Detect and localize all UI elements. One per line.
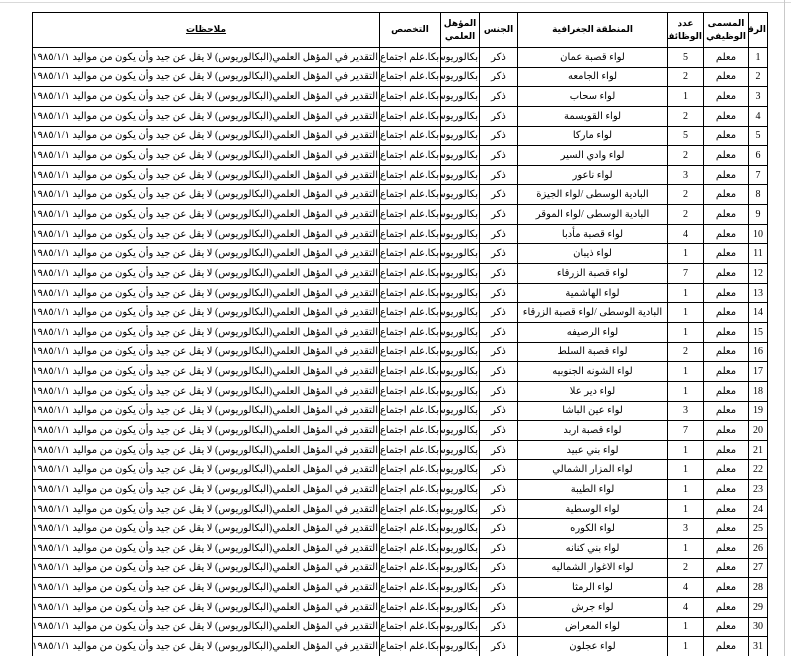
header-vacancy-count: عدد الوظائف: [668, 13, 704, 48]
cell-notes: التقدير في المؤهل العلمي(البكالوريوس) لا…: [33, 146, 380, 166]
cell-vacancy-count: 3: [668, 165, 704, 185]
header-qualification: المؤهل العلمي: [441, 13, 480, 48]
cell-vacancy-count: 1: [668, 244, 704, 264]
cell-row-number: 28: [749, 578, 768, 598]
cell-row-number: 11: [749, 244, 768, 264]
cell-job-title: معلم: [704, 597, 749, 617]
cell-gender: ذكر: [480, 165, 518, 185]
cell-job-title: معلم: [704, 362, 749, 382]
cell-notes: التقدير في المؤهل العلمي(البكالوريوس) لا…: [33, 106, 380, 126]
table-row: 27معلم2لواء الاغوار الشماليهذكربكالوريوس…: [33, 558, 768, 578]
cell-vacancy-count: 2: [668, 146, 704, 166]
table-row: 14معلم1البادية الوسطى /لواء قصبة الزرقاء…: [33, 303, 768, 323]
cell-specialization: بكا.علم اجتماع: [380, 381, 441, 401]
cell-vacancy-count: 3: [668, 519, 704, 539]
cell-specialization: بكا.علم اجتماع: [380, 205, 441, 225]
cell-region: لواء قصبة اربد: [518, 421, 668, 441]
cell-region: لواء بني عبيد: [518, 440, 668, 460]
table-row: 22معلم1لواء المزار الشماليذكربكالوريوسبك…: [33, 460, 768, 480]
cell-specialization: بكا.علم اجتماع: [380, 322, 441, 342]
cell-row-number: 9: [749, 205, 768, 225]
cell-notes: التقدير في المؤهل العلمي(البكالوريوس) لا…: [33, 244, 380, 264]
cell-region: لواء الرصيفه: [518, 322, 668, 342]
cell-row-number: 22: [749, 460, 768, 480]
cell-notes: التقدير في المؤهل العلمي(البكالوريوس) لا…: [33, 342, 380, 362]
cell-gender: ذكر: [480, 539, 518, 559]
cell-qualification: بكالوريوس: [441, 480, 480, 500]
table-row: 9معلم2البادية الوسطى /لواء الموقرذكربكال…: [33, 205, 768, 225]
cell-qualification: بكالوريوس: [441, 558, 480, 578]
cell-gender: ذكر: [480, 578, 518, 598]
cell-qualification: بكالوريوس: [441, 617, 480, 637]
table-row: 2معلم2لواء الجامعهذكربكالوريوسبكا.علم اج…: [33, 67, 768, 87]
cell-job-title: معلم: [704, 185, 749, 205]
table-row: 25معلم3لواء الكورهذكربكالوريوسبكا.علم اج…: [33, 519, 768, 539]
cell-specialization: بكا.علم اجتماع: [380, 362, 441, 382]
cell-job-title: معلم: [704, 558, 749, 578]
cell-row-number: 20: [749, 421, 768, 441]
cell-vacancy-count: 7: [668, 264, 704, 284]
cell-row-number: 23: [749, 480, 768, 500]
cell-specialization: بكا.علم اجتماع: [380, 519, 441, 539]
cell-qualification: بكالوريوس: [441, 146, 480, 166]
cell-job-title: معلم: [704, 283, 749, 303]
cell-job-title: معلم: [704, 205, 749, 225]
cell-gender: ذكر: [480, 205, 518, 225]
cell-gender: ذكر: [480, 126, 518, 146]
cell-job-title: معلم: [704, 460, 749, 480]
cell-gender: ذكر: [480, 597, 518, 617]
vacancies-table: الرقم المسمى الوظيفي عدد الوظائف المنطقة…: [32, 12, 768, 656]
cell-vacancy-count: 3: [668, 401, 704, 421]
cell-qualification: بكالوريوس: [441, 460, 480, 480]
cell-notes: التقدير في المؤهل العلمي(البكالوريوس) لا…: [33, 264, 380, 284]
cell-vacancy-count: 1: [668, 480, 704, 500]
cell-region: لواء الطيبة: [518, 480, 668, 500]
table-row: 29معلم4لواء جرشذكربكالوريوسبكا.علم اجتما…: [33, 597, 768, 617]
cell-row-number: 1: [749, 48, 768, 68]
cell-job-title: معلم: [704, 519, 749, 539]
cell-row-number: 10: [749, 224, 768, 244]
cell-job-title: معلم: [704, 421, 749, 441]
cell-region: لواء الاغوار الشماليه: [518, 558, 668, 578]
cell-specialization: بكا.علم اجتماع: [380, 558, 441, 578]
cell-vacancy-count: 1: [668, 499, 704, 519]
cell-gender: ذكر: [480, 421, 518, 441]
cell-row-number: 7: [749, 165, 768, 185]
cell-notes: التقدير في المؤهل العلمي(البكالوريوس) لا…: [33, 617, 380, 637]
cell-region: لواء قصبة عمان: [518, 48, 668, 68]
cell-specialization: بكا.علم اجتماع: [380, 637, 441, 656]
cell-gender: ذكر: [480, 283, 518, 303]
cell-notes: التقدير في المؤهل العلمي(البكالوريوس) لا…: [33, 480, 380, 500]
cell-job-title: معلم: [704, 67, 749, 87]
cell-qualification: بكالوريوس: [441, 499, 480, 519]
cell-gender: ذكر: [480, 264, 518, 284]
cell-vacancy-count: 2: [668, 67, 704, 87]
cell-notes: التقدير في المؤهل العلمي(البكالوريوس) لا…: [33, 519, 380, 539]
cell-specialization: بكا.علم اجتماع: [380, 578, 441, 598]
cell-specialization: بكا.علم اجتماع: [380, 440, 441, 460]
cell-notes: التقدير في المؤهل العلمي(البكالوريوس) لا…: [33, 499, 380, 519]
cell-gender: ذكر: [480, 440, 518, 460]
table-row: 17معلم1لواء الشونه الجنوبيهذكربكالوريوسب…: [33, 362, 768, 382]
cell-vacancy-count: 5: [668, 48, 704, 68]
cell-specialization: بكا.علم اجتماع: [380, 244, 441, 264]
cell-region: لواء سحاب: [518, 87, 668, 107]
cell-notes: التقدير في المؤهل العلمي(البكالوريوس) لا…: [33, 637, 380, 656]
cell-region: لواء الرمثا: [518, 578, 668, 598]
cell-job-title: معلم: [704, 106, 749, 126]
cell-qualification: بكالوريوس: [441, 381, 480, 401]
cell-qualification: بكالوريوس: [441, 264, 480, 284]
cell-region: لواء قصبة مأدبا: [518, 224, 668, 244]
cell-row-number: 30: [749, 617, 768, 637]
table-row: 20معلم7لواء قصبة اربدذكربكالوريوسبكا.علم…: [33, 421, 768, 441]
cell-vacancy-count: 4: [668, 224, 704, 244]
table-header-row: الرقم المسمى الوظيفي عدد الوظائف المنطقة…: [33, 13, 768, 48]
cell-region: لواء الهاشمية: [518, 283, 668, 303]
cell-specialization: بكا.علم اجتماع: [380, 87, 441, 107]
cell-gender: ذكر: [480, 224, 518, 244]
cell-vacancy-count: 2: [668, 106, 704, 126]
cell-row-number: 17: [749, 362, 768, 382]
cell-notes: التقدير في المؤهل العلمي(البكالوريوس) لا…: [33, 87, 380, 107]
cell-notes: التقدير في المؤهل العلمي(البكالوريوس) لا…: [33, 460, 380, 480]
cell-gender: ذكر: [480, 106, 518, 126]
table-row: 31معلم1لواء عجلونذكربكالوريوسبكا.علم اجت…: [33, 637, 768, 656]
cell-region: لواء ناعور: [518, 165, 668, 185]
cell-notes: التقدير في المؤهل العلمي(البكالوريوس) لا…: [33, 539, 380, 559]
header-notes: ملاحظات: [33, 13, 380, 48]
cell-row-number: 25: [749, 519, 768, 539]
cell-notes: التقدير في المؤهل العلمي(البكالوريوس) لا…: [33, 48, 380, 68]
cell-qualification: بكالوريوس: [441, 87, 480, 107]
cell-qualification: بكالوريوس: [441, 342, 480, 362]
cell-row-number: 29: [749, 597, 768, 617]
table-row: 26معلم1لواء بني كنانهذكربكالوريوسبكا.علم…: [33, 539, 768, 559]
cell-notes: التقدير في المؤهل العلمي(البكالوريوس) لا…: [33, 578, 380, 598]
table-row: 6معلم2لواء وادي السيرذكربكالوريوسبكا.علم…: [33, 146, 768, 166]
cell-region: البادية الوسطى /لواء الموقر: [518, 205, 668, 225]
table-row: 18معلم1لواء دير علاذكربكالوريوسبكا.علم ا…: [33, 381, 768, 401]
cell-specialization: بكا.علم اجتماع: [380, 106, 441, 126]
cell-gender: ذكر: [480, 342, 518, 362]
cell-row-number: 6: [749, 146, 768, 166]
cell-region: لواء عجلون: [518, 637, 668, 656]
table-body: 1معلم5لواء قصبة عمانذكربكالوريوسبكا.علم …: [33, 48, 768, 656]
cell-row-number: 14: [749, 303, 768, 323]
cell-region: لواء جرش: [518, 597, 668, 617]
table-row: 15معلم1لواء الرصيفهذكربكالوريوسبكا.علم ا…: [33, 322, 768, 342]
cell-specialization: بكا.علم اجتماع: [380, 283, 441, 303]
table-row: 8معلم2البادية الوسطى /لواء الجيزةذكربكال…: [33, 185, 768, 205]
table-row: 5معلم5لواء ماركاذكربكالوريوسبكا.علم اجتم…: [33, 126, 768, 146]
table-row: 11معلم1لواء ذيبانذكربكالوريوسبكا.علم اجت…: [33, 244, 768, 264]
cell-region: لواء وادي السير: [518, 146, 668, 166]
cell-vacancy-count: 2: [668, 205, 704, 225]
cell-job-title: معلم: [704, 578, 749, 598]
table-row: 24معلم1لواء الوسطيةذكربكالوريوسبكا.علم ا…: [33, 499, 768, 519]
cell-qualification: بكالوريوس: [441, 401, 480, 421]
cell-specialization: بكا.علم اجتماع: [380, 224, 441, 244]
cell-notes: التقدير في المؤهل العلمي(البكالوريوس) لا…: [33, 362, 380, 382]
header-specialization: التخصص: [380, 13, 441, 48]
cell-qualification: بكالوريوس: [441, 421, 480, 441]
cell-region: لواء الكوره: [518, 519, 668, 539]
cell-region: لواء دير علا: [518, 381, 668, 401]
cell-region: لواء الشونه الجنوبيه: [518, 362, 668, 382]
cell-vacancy-count: 4: [668, 578, 704, 598]
cell-row-number: 19: [749, 401, 768, 421]
cell-job-title: معلم: [704, 499, 749, 519]
cell-vacancy-count: 1: [668, 440, 704, 460]
cell-gender: ذكر: [480, 460, 518, 480]
cell-vacancy-count: 1: [668, 460, 704, 480]
cell-qualification: بكالوريوس: [441, 597, 480, 617]
cell-specialization: بكا.علم اجتماع: [380, 499, 441, 519]
cell-row-number: 21: [749, 440, 768, 460]
table-row: 7معلم3لواء ناعورذكربكالوريوسبكا.علم اجتم…: [33, 165, 768, 185]
cell-notes: التقدير في المؤهل العلمي(البكالوريوس) لا…: [33, 381, 380, 401]
cell-notes: التقدير في المؤهل العلمي(البكالوريوس) لا…: [33, 67, 380, 87]
cell-gender: ذكر: [480, 362, 518, 382]
cell-qualification: بكالوريوس: [441, 67, 480, 87]
cell-gender: ذكر: [480, 637, 518, 656]
cell-region: لواء الوسطية: [518, 499, 668, 519]
cell-gender: ذكر: [480, 67, 518, 87]
cell-row-number: 27: [749, 558, 768, 578]
cell-row-number: 31: [749, 637, 768, 656]
cell-qualification: بكالوريوس: [441, 205, 480, 225]
cell-notes: التقدير في المؤهل العلمي(البكالوريوس) لا…: [33, 185, 380, 205]
page-right-divider: [784, 0, 785, 656]
cell-specialization: بكا.علم اجتماع: [380, 165, 441, 185]
cell-vacancy-count: 1: [668, 637, 704, 656]
cell-region: لواء بني كنانه: [518, 539, 668, 559]
cell-vacancy-count: 5: [668, 126, 704, 146]
cell-job-title: معلم: [704, 264, 749, 284]
header-region: المنطقة الجغرافية: [518, 13, 668, 48]
cell-specialization: بكا.علم اجتماع: [380, 126, 441, 146]
cell-job-title: معلم: [704, 224, 749, 244]
cell-specialization: بكا.علم اجتماع: [380, 342, 441, 362]
cell-specialization: بكا.علم اجتماع: [380, 264, 441, 284]
cell-job-title: معلم: [704, 303, 749, 323]
table-row: 19معلم3لواء عين الباشاذكربكالوريوسبكا.عل…: [33, 401, 768, 421]
cell-job-title: معلم: [704, 480, 749, 500]
cell-notes: التقدير في المؤهل العلمي(البكالوريوس) لا…: [33, 205, 380, 225]
cell-specialization: بكا.علم اجتماع: [380, 597, 441, 617]
cell-job-title: معلم: [704, 637, 749, 656]
cell-notes: التقدير في المؤهل العلمي(البكالوريوس) لا…: [33, 597, 380, 617]
cell-notes: التقدير في المؤهل العلمي(البكالوريوس) لا…: [33, 440, 380, 460]
cell-specialization: بكا.علم اجتماع: [380, 539, 441, 559]
table-row: 10معلم4لواء قصبة مأدباذكربكالوريوسبكا.عل…: [33, 224, 768, 244]
cell-row-number: 18: [749, 381, 768, 401]
cell-gender: ذكر: [480, 381, 518, 401]
table-row: 23معلم1لواء الطيبةذكربكالوريوسبكا.علم اج…: [33, 480, 768, 500]
cell-qualification: بكالوريوس: [441, 362, 480, 382]
cell-vacancy-count: 1: [668, 362, 704, 382]
cell-qualification: بكالوريوس: [441, 244, 480, 264]
cell-job-title: معلم: [704, 401, 749, 421]
cell-region: لواء قصبة السلط: [518, 342, 668, 362]
cell-row-number: 26: [749, 539, 768, 559]
cell-vacancy-count: 4: [668, 597, 704, 617]
cell-qualification: بكالوريوس: [441, 578, 480, 598]
cell-job-title: معلم: [704, 381, 749, 401]
cell-region: لواء عين الباشا: [518, 401, 668, 421]
cell-specialization: بكا.علم اجتماع: [380, 617, 441, 637]
cell-qualification: بكالوريوس: [441, 440, 480, 460]
cell-vacancy-count: 2: [668, 558, 704, 578]
cell-gender: ذكر: [480, 499, 518, 519]
table-row: 1معلم5لواء قصبة عمانذكربكالوريوسبكا.علم …: [33, 48, 768, 68]
cell-row-number: 8: [749, 185, 768, 205]
cell-specialization: بكا.علم اجتماع: [380, 185, 441, 205]
table-row: 21معلم1لواء بني عبيدذكربكالوريوسبكا.علم …: [33, 440, 768, 460]
cell-qualification: بكالوريوس: [441, 165, 480, 185]
cell-job-title: معلم: [704, 87, 749, 107]
cell-vacancy-count: 1: [668, 322, 704, 342]
cell-row-number: 16: [749, 342, 768, 362]
header-job-title: المسمى الوظيفي: [704, 13, 749, 48]
cell-qualification: بكالوريوس: [441, 303, 480, 323]
cell-job-title: معلم: [704, 440, 749, 460]
cell-qualification: بكالوريوس: [441, 224, 480, 244]
cell-qualification: بكالوريوس: [441, 637, 480, 656]
cell-notes: التقدير في المؤهل العلمي(البكالوريوس) لا…: [33, 224, 380, 244]
cell-vacancy-count: 7: [668, 421, 704, 441]
cell-qualification: بكالوريوس: [441, 126, 480, 146]
page: الرقم المسمى الوظيفي عدد الوظائف المنطقة…: [0, 0, 791, 656]
cell-specialization: بكا.علم اجتماع: [380, 67, 441, 87]
cell-vacancy-count: 2: [668, 342, 704, 362]
cell-notes: التقدير في المؤهل العلمي(البكالوريوس) لا…: [33, 558, 380, 578]
cell-gender: ذكر: [480, 617, 518, 637]
cell-notes: التقدير في المؤهل العلمي(البكالوريوس) لا…: [33, 126, 380, 146]
cell-qualification: بكالوريوس: [441, 185, 480, 205]
cell-region: لواء المعراض: [518, 617, 668, 637]
table-row: 12معلم7لواء قصبة الزرقاءذكربكالوريوسبكا.…: [33, 264, 768, 284]
cell-region: لواء ماركا: [518, 126, 668, 146]
cell-gender: ذكر: [480, 401, 518, 421]
cell-qualification: بكالوريوس: [441, 322, 480, 342]
cell-specialization: بكا.علم اجتماع: [380, 146, 441, 166]
cell-gender: ذكر: [480, 185, 518, 205]
cell-row-number: 24: [749, 499, 768, 519]
cell-gender: ذكر: [480, 146, 518, 166]
cell-region: البادية الوسطى /لواء الجيزة: [518, 185, 668, 205]
cell-specialization: بكا.علم اجتماع: [380, 480, 441, 500]
cell-notes: التقدير في المؤهل العلمي(البكالوريوس) لا…: [33, 421, 380, 441]
cell-notes: التقدير في المؤهل العلمي(البكالوريوس) لا…: [33, 322, 380, 342]
page-top-divider: [0, 2, 791, 3]
cell-job-title: معلم: [704, 165, 749, 185]
cell-qualification: بكالوريوس: [441, 283, 480, 303]
cell-row-number: 4: [749, 106, 768, 126]
cell-vacancy-count: 1: [668, 303, 704, 323]
cell-job-title: معلم: [704, 48, 749, 68]
cell-region: لواء المزار الشمالي: [518, 460, 668, 480]
cell-row-number: 13: [749, 283, 768, 303]
cell-gender: ذكر: [480, 244, 518, 264]
table-row: 13معلم1لواء الهاشميةذكربكالوريوسبكا.علم …: [33, 283, 768, 303]
cell-row-number: 2: [749, 67, 768, 87]
cell-gender: ذكر: [480, 480, 518, 500]
cell-vacancy-count: 1: [668, 539, 704, 559]
cell-job-title: معلم: [704, 539, 749, 559]
cell-row-number: 15: [749, 322, 768, 342]
cell-vacancy-count: 1: [668, 381, 704, 401]
table-row: 4معلم2لواء القويسمةذكربكالوريوسبكا.علم ا…: [33, 106, 768, 126]
cell-notes: التقدير في المؤهل العلمي(البكالوريوس) لا…: [33, 401, 380, 421]
cell-row-number: 12: [749, 264, 768, 284]
cell-job-title: معلم: [704, 342, 749, 362]
cell-qualification: بكالوريوس: [441, 48, 480, 68]
cell-region: لواء ذيبان: [518, 244, 668, 264]
table-row: 30معلم1لواء المعراضذكربكالوريوسبكا.علم ا…: [33, 617, 768, 637]
cell-vacancy-count: 1: [668, 283, 704, 303]
cell-qualification: بكالوريوس: [441, 539, 480, 559]
cell-specialization: بكا.علم اجتماع: [380, 401, 441, 421]
cell-job-title: معلم: [704, 617, 749, 637]
cell-gender: ذكر: [480, 558, 518, 578]
cell-qualification: بكالوريوس: [441, 519, 480, 539]
header-gender: الجنس: [480, 13, 518, 48]
cell-specialization: بكا.علم اجتماع: [380, 48, 441, 68]
cell-specialization: بكا.علم اجتماع: [380, 460, 441, 480]
cell-vacancy-count: 1: [668, 617, 704, 637]
cell-gender: ذكر: [480, 48, 518, 68]
cell-specialization: بكا.علم اجتماع: [380, 303, 441, 323]
cell-gender: ذكر: [480, 519, 518, 539]
cell-vacancy-count: 1: [668, 87, 704, 107]
cell-row-number: 3: [749, 87, 768, 107]
cell-job-title: معلم: [704, 126, 749, 146]
cell-job-title: معلم: [704, 146, 749, 166]
table-row: 3معلم1لواء سحابذكربكالوريوسبكا.علم اجتما…: [33, 87, 768, 107]
cell-notes: التقدير في المؤهل العلمي(البكالوريوس) لا…: [33, 283, 380, 303]
cell-gender: ذكر: [480, 87, 518, 107]
cell-region: لواء الجامعه: [518, 67, 668, 87]
table-row: 16معلم2لواء قصبة السلطذكربكالوريوسبكا.عل…: [33, 342, 768, 362]
cell-job-title: معلم: [704, 244, 749, 264]
cell-job-title: معلم: [704, 322, 749, 342]
cell-row-number: 5: [749, 126, 768, 146]
cell-region: لواء قصبة الزرقاء: [518, 264, 668, 284]
table-row: 28معلم4لواء الرمثاذكربكالوريوسبكا.علم اج…: [33, 578, 768, 598]
cell-specialization: بكا.علم اجتماع: [380, 421, 441, 441]
cell-notes: التقدير في المؤهل العلمي(البكالوريوس) لا…: [33, 303, 380, 323]
cell-region: البادية الوسطى /لواء قصبة الزرقاء: [518, 303, 668, 323]
cell-qualification: بكالوريوس: [441, 106, 480, 126]
cell-gender: ذكر: [480, 322, 518, 342]
cell-vacancy-count: 2: [668, 185, 704, 205]
cell-notes: التقدير في المؤهل العلمي(البكالوريوس) لا…: [33, 165, 380, 185]
cell-gender: ذكر: [480, 303, 518, 323]
header-row-number: الرقم: [749, 13, 768, 48]
cell-region: لواء القويسمة: [518, 106, 668, 126]
